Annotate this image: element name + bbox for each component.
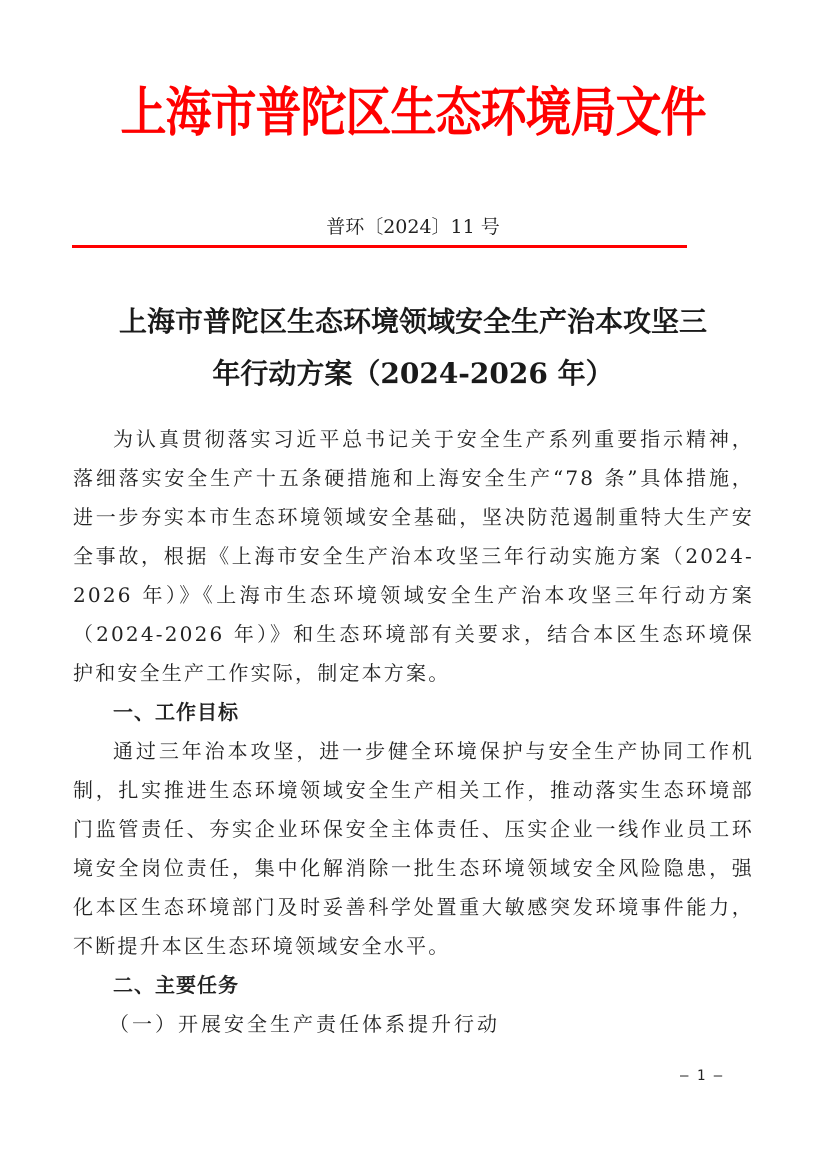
goals-paragraph: 通过三年治本攻坚，进一步健全环境保护与安全生产协同工作机制，扎实推进生态环境领域…	[73, 732, 754, 966]
document-number: 普环〔2024〕11 号	[0, 214, 826, 240]
document-page: 上海市普陀区生态环境局文件 普环〔2024〕11 号 上海市普陀区生态环境领域安…	[0, 0, 826, 1169]
issuer-title: 上海市普陀区生态环境局文件	[0, 78, 826, 147]
document-title-line-1: 上海市普陀区生态环境领域安全生产治本攻坚三	[60, 296, 766, 348]
intro-paragraph: 为认真贯彻落实习近平总书记关于安全生产系列重要指示精神，落细落实安全生产十五条硬…	[73, 420, 754, 693]
document-title: 上海市普陀区生态环境领域安全生产治本攻坚三 年行动方案（2024-2026 年）	[60, 296, 766, 400]
section-heading-goals: 一、工作目标	[73, 693, 754, 732]
page-number: — 1 —	[680, 1068, 722, 1084]
section-heading-tasks: 二、主要任务	[73, 966, 754, 1005]
subsection-heading-responsibility: （一）开展安全生产责任体系提升行动	[73, 1005, 754, 1044]
red-separator-rule	[72, 245, 687, 248]
document-title-line-2: 年行动方案（2024-2026 年）	[60, 348, 766, 400]
document-body: 为认真贯彻落实习近平总书记关于安全生产系列重要指示精神，落细落实安全生产十五条硬…	[73, 420, 754, 1044]
